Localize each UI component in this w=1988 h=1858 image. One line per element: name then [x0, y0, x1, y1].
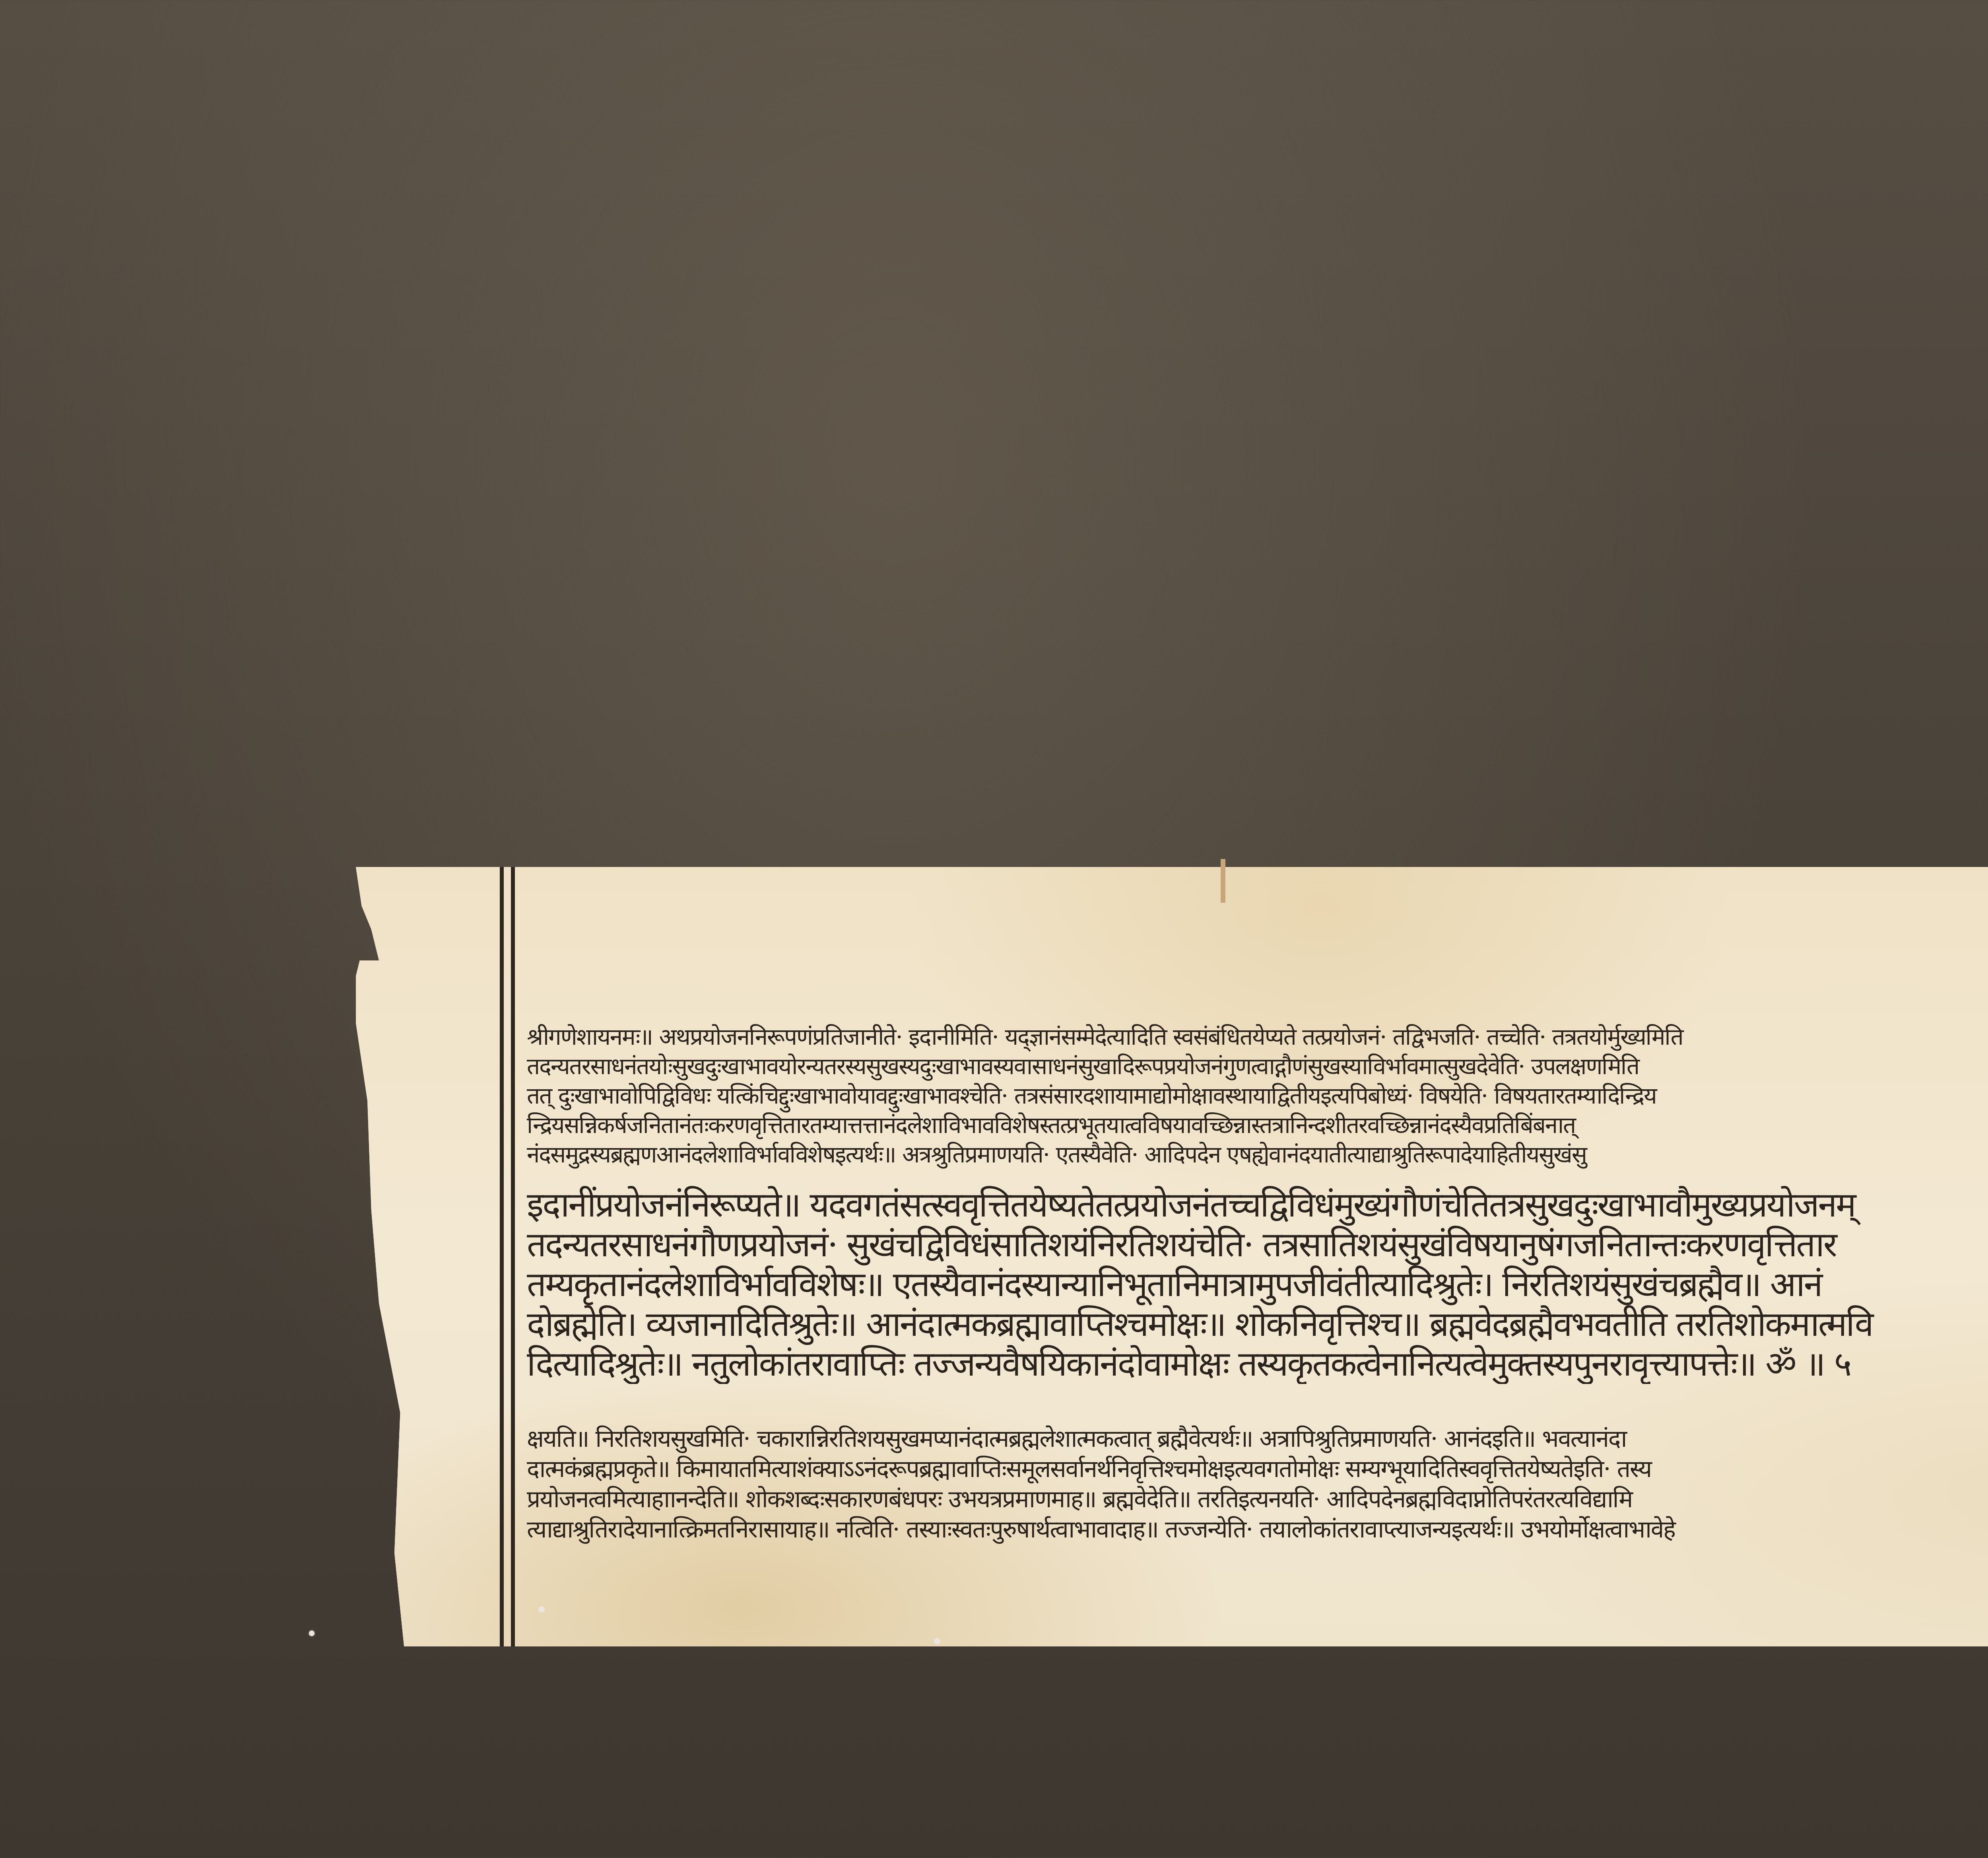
text-line: प्रयोजनत्वमित्याहाानन्देति॥ शोकशब्दःसकार… — [527, 1484, 1988, 1514]
mounting-pin — [309, 1631, 315, 1636]
text-line: त्याद्याश्रुतिरादेयानात्क्रिमतनिरासायाह॥… — [527, 1514, 1988, 1545]
text-line: न्द्रियसन्निकर्षजनितानंतःकरणवृत्तितारतम्… — [527, 1110, 1988, 1140]
text-line: श्रीगणेशायनमः॥ अथप्रयोजननिरूपणंप्रतिजानी… — [527, 1022, 1988, 1051]
text-line: तदन्यतरसाधनंतयोःसुखदुःखाभावयोरन्यतरस्यसु… — [527, 1051, 1988, 1081]
text-line: दित्यादिश्रुतेः॥ नतुलोकांतरावाप्तिः तज्ज… — [527, 1344, 1988, 1384]
mounting-pin — [539, 1607, 544, 1612]
paper-tab — [1221, 859, 1225, 903]
text-line: तम्यकृतानंदलेशाविर्भावविशेषः॥ एतस्यैवानं… — [527, 1265, 1988, 1304]
text-line: दोब्रह्मेति। व्यजानादितिश्रुतेः॥ आनंदात्… — [527, 1304, 1988, 1344]
text-line: क्षयति॥ निरतिशयसुखमिति· चकारान्निरतिशयसु… — [527, 1424, 1988, 1454]
text-line: इदानींप्रयोजनंनिरूप्यते॥ यदवगतंसत्स्ववृत… — [527, 1185, 1988, 1225]
manuscript-leaf: श्रीगणेशायनमः॥ अथप्रयोजननिरूपणंप्रतिजानी… — [356, 867, 1988, 1646]
text-line: तत् दुःखाभावोपिद्विविधः यत्किंचिद्दुःखाभ… — [527, 1081, 1988, 1110]
text-line: नंदसमुद्रस्यब्रह्मणआनंदलेशाविर्भावविशेषइ… — [527, 1140, 1988, 1169]
left-border-rule-inner — [511, 867, 515, 1646]
mounting-pin — [934, 1638, 940, 1644]
commentary-top: श्रीगणेशायनमः॥ अथप्रयोजननिरूपणंप्रतिजानी… — [527, 1022, 1988, 1169]
text-line: दात्मकंब्रह्मप्रकृते॥ किमायातमित्याशंक्य… — [527, 1454, 1988, 1484]
text-line: तदन्यतरसाधनंगौणप्रयोजनं· सुखंचद्विविधंसा… — [527, 1225, 1988, 1265]
root-text: इदानींप्रयोजनंनिरूप्यते॥ यदवगतंसत्स्ववृत… — [527, 1185, 1988, 1384]
commentary-bottom: क्षयति॥ निरतिशयसुखमिति· चकारान्निरतिशयसु… — [527, 1424, 1988, 1545]
left-border-rule — [500, 867, 504, 1646]
